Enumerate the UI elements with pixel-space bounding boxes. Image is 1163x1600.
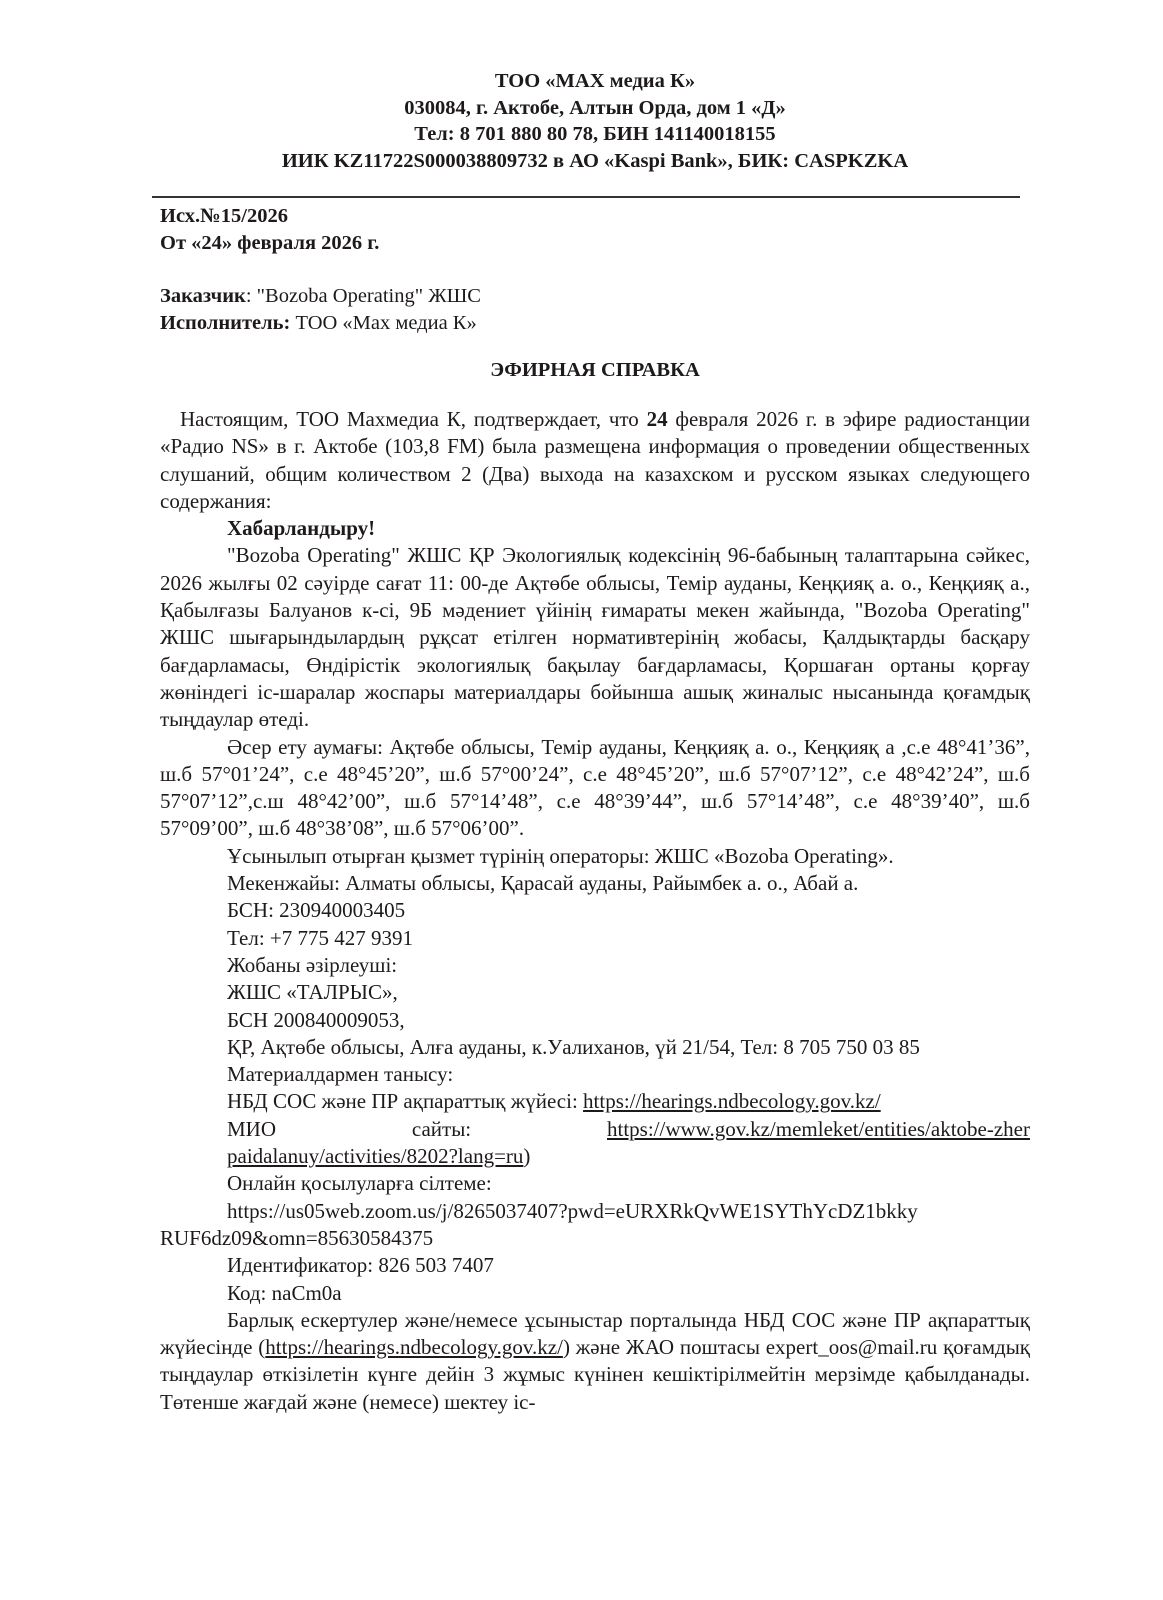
meeting-code: Код: naCm0a (160, 1280, 1030, 1307)
company-phone-bin: Тел: 8 701 880 80 78, БИН 141140018155 (160, 121, 1030, 148)
outgoing-number: Исх.№15/2026 (160, 203, 379, 230)
customer-value: : "Bozoba Operating" ЖШС (246, 285, 481, 307)
parties-block: Заказчик: "Bozoba Operating" ЖШС Исполни… (160, 283, 481, 336)
developer-label: Жобаны әзірлеуші: (160, 952, 1030, 979)
intro-text-1: Настоящим, ТОО Махмедиа К, подтверждает,… (180, 407, 647, 431)
developer-name: ЖШС «ТАЛРЫС», (160, 979, 1030, 1006)
document-title: ЭФИРНАЯ СПРАВКА (160, 359, 1030, 382)
developer-address: ҚР, Ақтөбе облысы, Алға ауданы, к.Уалиха… (160, 1034, 1030, 1061)
document-body: Настоящим, ТОО Махмедиа К, подтверждает,… (160, 406, 1030, 1416)
operator-line: Ұсынылып отырған қызмет түрінің оператор… (160, 843, 1030, 870)
ndb-line: НБД СОС және ПР ақпараттық жүйесі: https… (160, 1088, 1030, 1115)
mio-link[interactable]: https://www.gov.kz/memleket/entities/akt… (607, 1116, 1030, 1143)
zoom-link-continued[interactable]: RUF6dz09&omn=85630584375 (160, 1225, 1030, 1252)
customer-line: Заказчик: "Bozoba Operating" ЖШС (160, 283, 481, 310)
ndb-link[interactable]: https://hearings.ndbecology.gov.kz/ (583, 1089, 881, 1113)
mio-link-close: ) (523, 1144, 530, 1168)
company-bank-details: ИИК KZ11722S000038809732 в АО «Kaspi Ban… (160, 148, 1030, 175)
mio-link-part2[interactable]: paidalanuy/activities/8202?lang=ru (227, 1144, 523, 1168)
company-name: ТОО «MAX медиа К» (160, 68, 1030, 95)
final-link[interactable]: https://hearings.ndbecology.gov.kz/ (265, 1335, 563, 1359)
document-page: ТОО «MAX медиа К» 030084, г. Актобе, Алт… (0, 0, 1163, 1600)
company-address: 030084, г. Актобе, Алтын Орда, дом 1 «Д» (160, 95, 1030, 122)
executor-line: Исполнитель: ТОО «Мах медиа К» (160, 310, 481, 337)
operator-phone: Тел: +7 775 427 9391 (160, 925, 1030, 952)
impact-area-paragraph: Әсер ету аумағы: Ақтөбе облысы, Темір ау… (160, 734, 1030, 843)
document-date: От «24» февраля 2026 г. (160, 230, 379, 257)
executor-value: ТОО «Мах медиа К» (290, 312, 476, 334)
intro-paragraph: Настоящим, ТОО Махмедиа К, подтверждает,… (160, 406, 1030, 515)
header-divider (152, 196, 1020, 198)
mio-line: МИО сайты: https://www.gov.kz/memleket/e… (160, 1116, 1030, 1143)
ndb-label: НБД СОС және ПР ақпараттық жүйесі: (227, 1089, 583, 1113)
mio-link-continued: paidalanuy/activities/8202?lang=ru) (160, 1143, 1030, 1170)
developer-bin: БСН 200840009053, (160, 1007, 1030, 1034)
customer-label: Заказчик (160, 285, 246, 307)
operator-address: Мекенжайы: Алматы облысы, Қарасай ауданы… (160, 870, 1030, 897)
announcement-heading: Хабарландыру! (160, 515, 1030, 542)
mio-label: МИО (227, 1116, 276, 1143)
materials-label: Материалдармен танысу: (160, 1061, 1030, 1088)
intro-date: 24 (647, 407, 668, 431)
final-paragraph: Барлық ескертулер және/немесе ұсыныстар … (160, 1307, 1030, 1416)
operator-bin: БСН: 230940003405 (160, 897, 1030, 924)
announcement-paragraph: "Bozoba Operating" ЖШС ҚР Экологиялық ко… (160, 542, 1030, 733)
executor-label: Исполнитель: (160, 312, 290, 334)
meeting-id: Идентификатор: 826 503 7407 (160, 1252, 1030, 1279)
mio-site-label: сайты: (412, 1116, 471, 1143)
online-label: Онлайн қосылуларға сілтеме: (160, 1170, 1030, 1197)
reference-block: Исх.№15/2026 От «24» февраля 2026 г. (160, 203, 379, 256)
zoom-link[interactable]: https://us05web.zoom.us/j/8265037407?pwd… (160, 1198, 1030, 1225)
letterhead: ТОО «MAX медиа К» 030084, г. Актобе, Алт… (160, 68, 1030, 174)
